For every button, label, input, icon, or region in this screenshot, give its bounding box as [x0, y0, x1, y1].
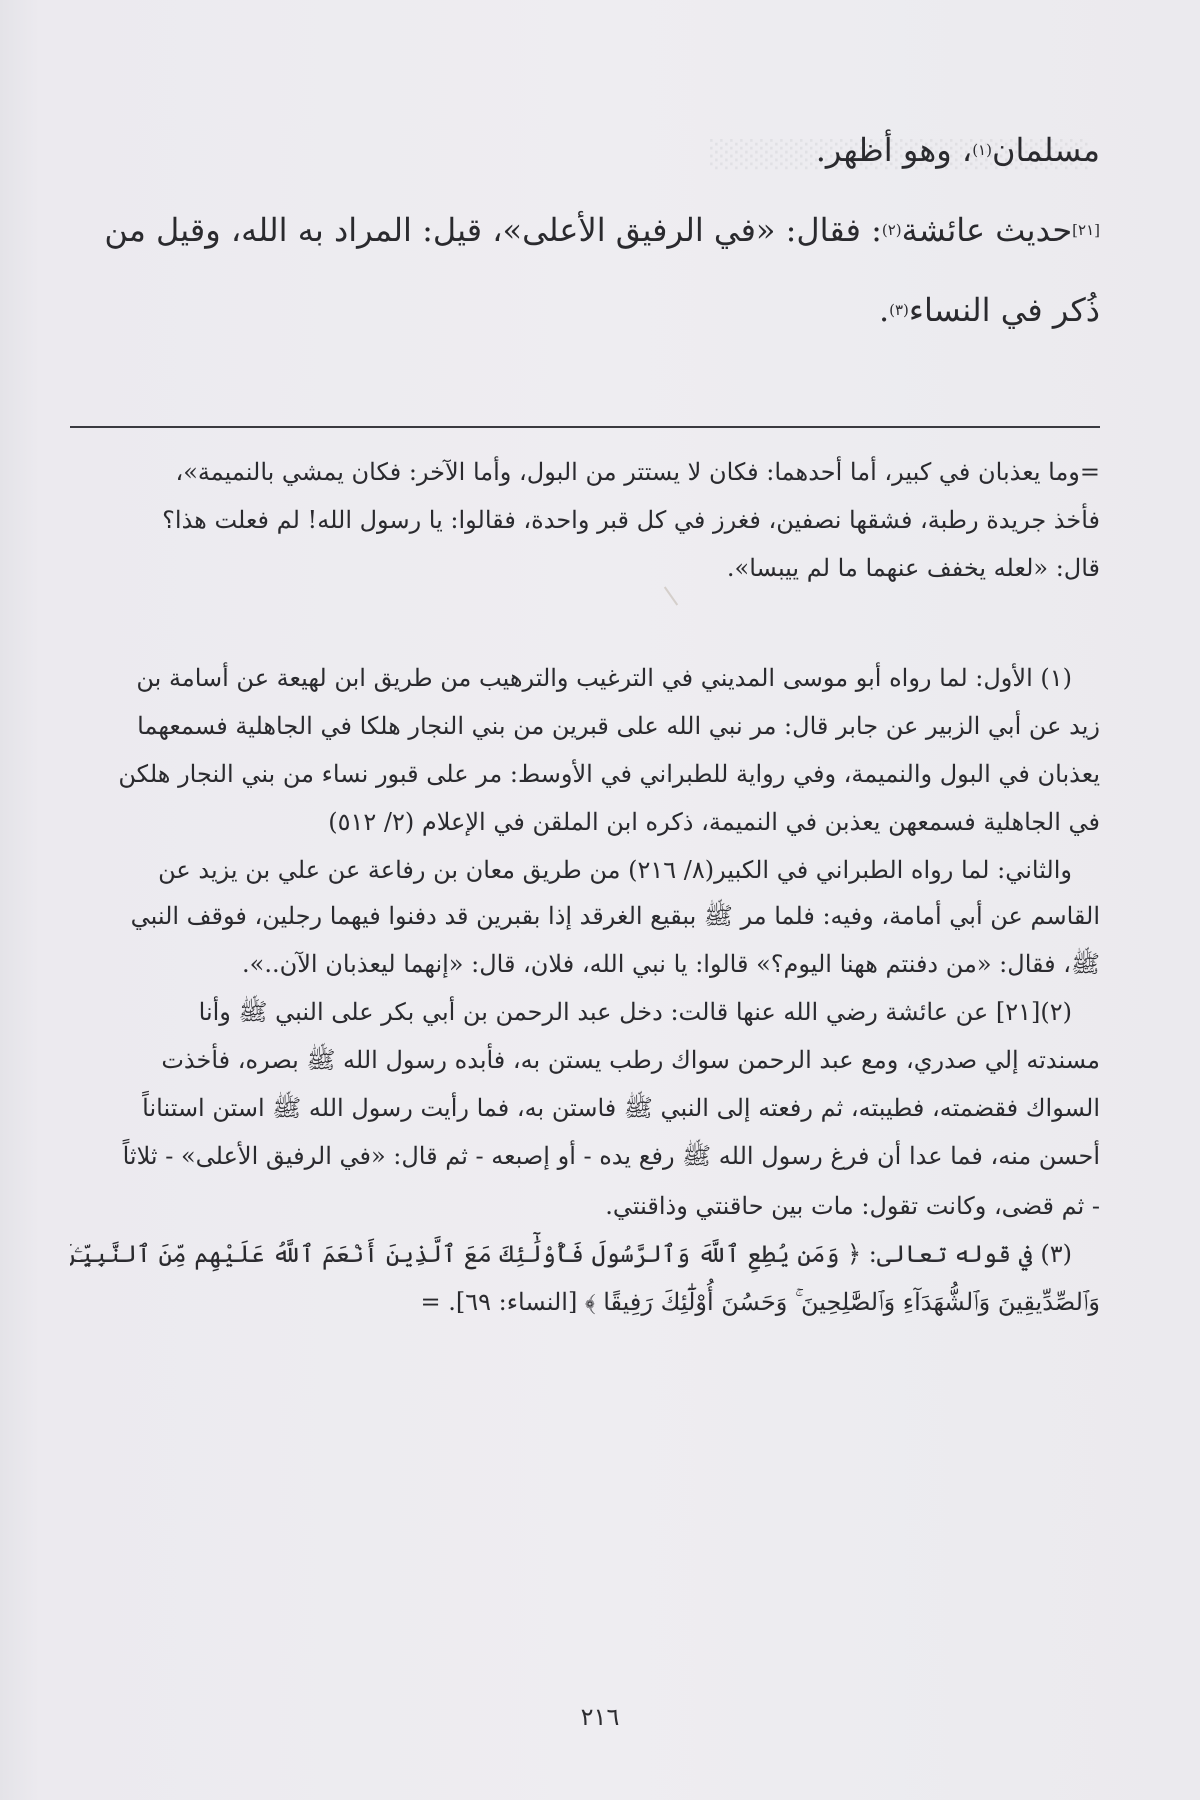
main-line-3-text: ذُكر في النساء: [909, 294, 1100, 326]
footnote-line: أحسن منه، فما عدا أن فرغ رسول الله ﷺ رفع…: [70, 1134, 1100, 1182]
footnote-line: يعذبان في البول والنميمة، وفي رواية للطب…: [70, 750, 1100, 798]
footnote-continuation: =وما يعذبان في كبير، أما أحدهما: فكان لا…: [70, 448, 1100, 592]
main-line-3: ذُكر في النساء (٣) .: [70, 270, 1100, 350]
footnote-line: (٢)[٢١] عن عائشة رضي الله عنها قالت: دخل…: [70, 990, 1100, 1038]
footnote-line: وَٱلصِّدِّيقِينَ وَٱلشُّهَدَآءِ وَٱلصَّٰ…: [70, 1278, 1100, 1326]
footnote-line: (١) الأول: لما رواه أبو موسى المديني في …: [70, 654, 1100, 702]
footnote-line: قال: «لعله يخفف عنهما ما لم ييبسا».: [70, 544, 1100, 592]
book-page: ░░░░░░░░░░░░░░░░░░░ مسلمان (١) ، وهو أظه…: [0, 0, 1200, 1800]
footnote-line: (٣) في قوله تعالى: ﴿ وَمَن يُطِعِ ٱللَّه…: [70, 1230, 1100, 1278]
footnote-line: في الجاهلية فسمعهن يعذبن في النميمة، ذكر…: [70, 798, 1100, 846]
main-line-2-rest: : فقال: «في الرفيق الأعلى»، قيل: المراد …: [104, 214, 881, 246]
footnote-line: - ثم قضى، وكانت تقول: مات بين حاقنتي وذا…: [70, 1182, 1100, 1230]
footnote-3: (٣) في قوله تعالى: ﴿ وَمَن يُطِعِ ٱللَّه…: [70, 1230, 1100, 1326]
footnote-line: السواك فقضمته، فطيبته، ثم رفعته إلى النب…: [70, 1086, 1100, 1134]
footnote-line: مسندته إلي صدري، ومع عبد الرحمن سواك رطب…: [70, 1038, 1100, 1086]
main-line-1-rest: ، وهو أظهر.: [816, 134, 972, 166]
footnote-line: والثاني: لما رواه الطبراني في الكبير(٨/ …: [70, 846, 1100, 894]
footnote-line: فأخذ جريدة رطبة، فشقها نصفين، فغرز في كل…: [70, 496, 1100, 544]
footnote-1: (١) الأول: لما رواه أبو موسى المديني في …: [70, 654, 1100, 990]
main-text: مسلمان (١) ، وهو أظهر. [٢١] حديث عائشة (…: [70, 110, 1100, 350]
main-line-2: [٢١] حديث عائشة (٢) : فقال: «في الرفيق ا…: [70, 190, 1100, 270]
footnote-line: =وما يعذبان في كبير، أما أحدهما: فكان لا…: [70, 448, 1100, 496]
footnote-line: ﷺ، فقال: «من دفنتم ههنا اليوم؟» قالوا: ي…: [70, 942, 1100, 990]
main-line-1-text: مسلمان: [992, 134, 1100, 166]
footnotes: =وما يعذبان في كبير، أما أحدهما: فكان لا…: [70, 448, 1100, 1326]
main-line-1: مسلمان (١) ، وهو أظهر.: [70, 110, 1100, 190]
footnote-separator: [70, 426, 1100, 428]
main-line-2-text: حديث عائشة: [902, 214, 1073, 246]
page-number: ٢١٦: [0, 1703, 1200, 1731]
footnote-line: زيد عن أبي الزبير عن جابر قال: مر نبي ال…: [70, 702, 1100, 750]
footnote-line: القاسم عن أبي أمامة، وفيه: فلما مر ﷺ ببق…: [70, 894, 1100, 942]
main-line-3-rest: .: [879, 294, 889, 326]
footnote-2: (٢)[٢١] عن عائشة رضي الله عنها قالت: دخل…: [70, 990, 1100, 1230]
spacer: [70, 592, 1100, 654]
